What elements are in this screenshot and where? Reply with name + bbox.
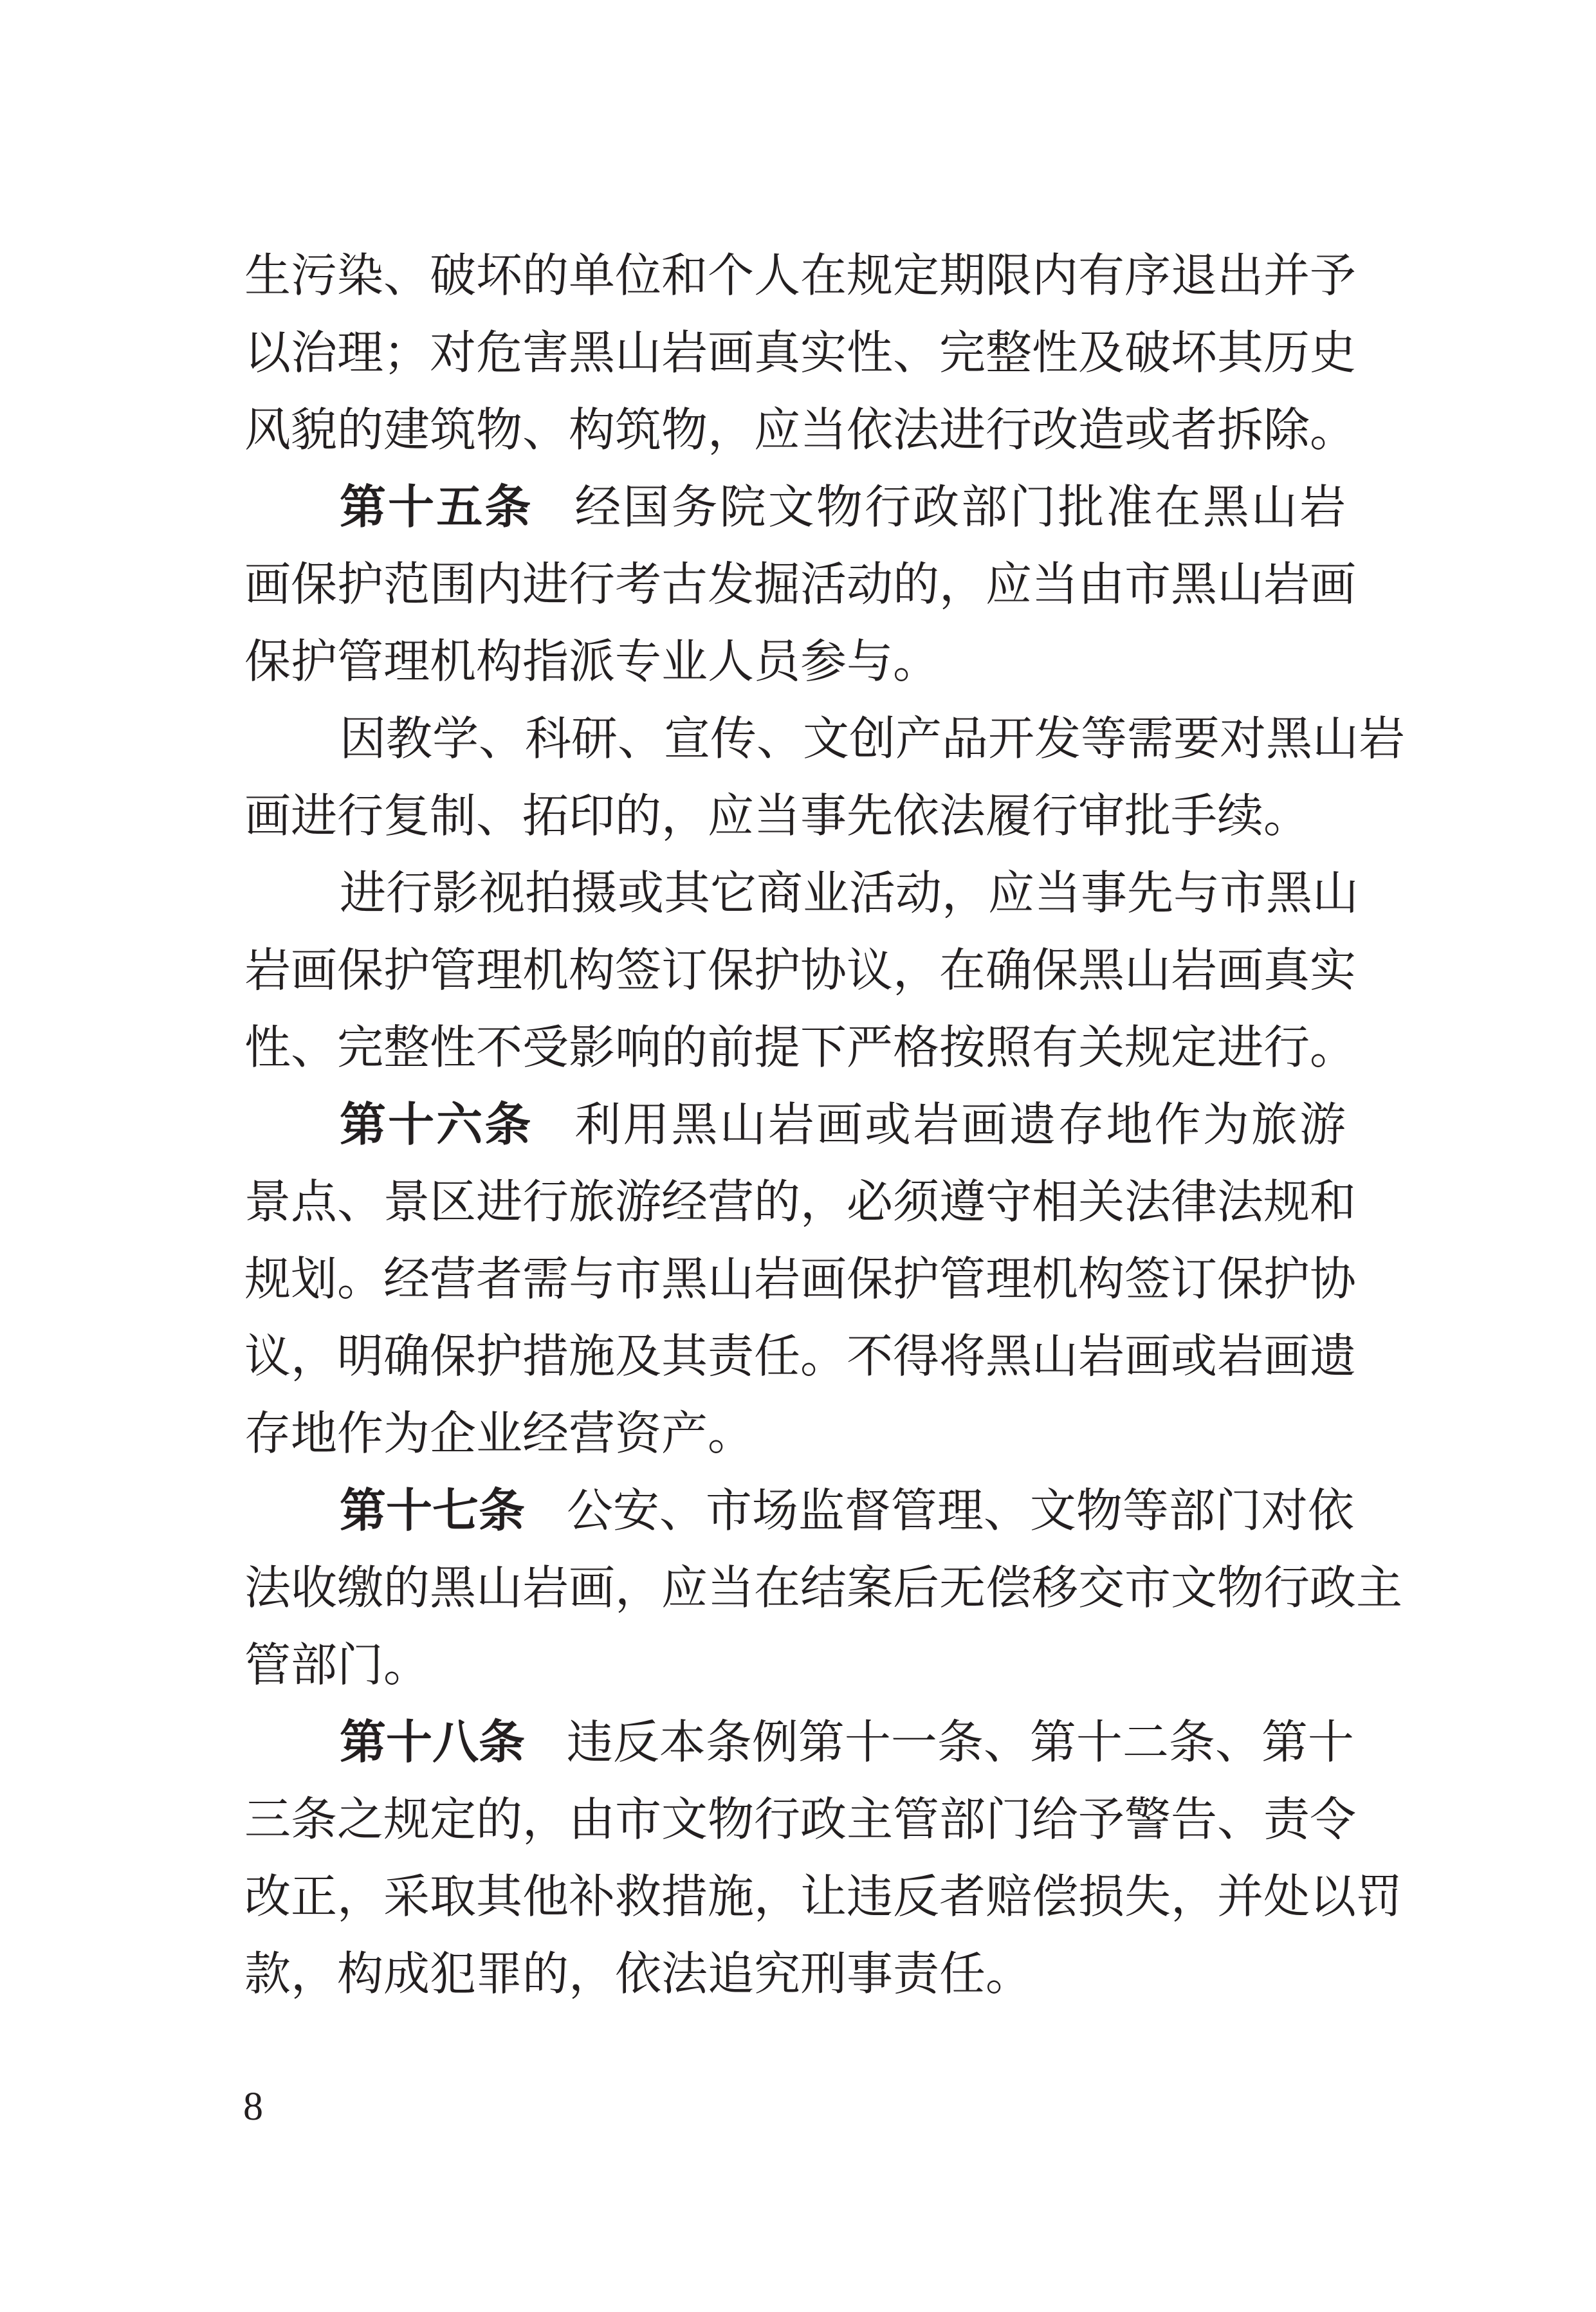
body-text: 生污染、破坏的单位和个人在规定期限内有序退出并予 以治理；对危害黑山岩画真实性、…	[244, 237, 1346, 2012]
page-number: 8	[243, 2084, 263, 2129]
text-line: 画保护范围内进行考古发掘活动的，应当由市黑山岩画	[244, 546, 1346, 623]
text-span: 违反本条例第十一条、第十二条、第十	[567, 1715, 1354, 1769]
text-line: 款，构成犯罪的，依法追究刑事责任。	[244, 1935, 1346, 2012]
text-line: 以治理；对危害黑山岩画真实性、完整性及破坏其历史	[244, 314, 1346, 391]
text-line: 三条之规定的，由市文物行政主管部门给予警告、责令	[244, 1781, 1346, 1858]
article-16-first-line: 第十六条利用黑山岩画或岩画遗存地作为旅游	[244, 1086, 1346, 1163]
text-line: 改正，采取其他补救措施，让违反者赔偿损失，并处以罚	[244, 1858, 1346, 1935]
article-15-first-line: 第十五条经国务院文物行政部门批准在黑山岩	[244, 468, 1346, 546]
text-line: 议，明确保护措施及其责任。不得将黑山岩画或岩画遗	[244, 1317, 1346, 1395]
text-line: 性、完整性不受影响的前提下严格按照有关规定进行。	[244, 1009, 1346, 1086]
article-heading: 第十六条	[340, 1097, 533, 1151]
text-line: 岩画保护管理机构签订保护协议，在确保黑山岩画真实	[244, 931, 1346, 1009]
text-line: 保护管理机构指派专业人员参与。	[244, 623, 1346, 700]
document-page: 生污染、破坏的单位和个人在规定期限内有序退出并予 以治理；对危害黑山岩画真实性、…	[0, 0, 1596, 2312]
text-line: 因教学、科研、宣传、文创产品开发等需要对黑山岩	[244, 700, 1346, 777]
text-line: 规划。经营者需与市黑山岩画保护管理机构签订保护协	[244, 1240, 1346, 1317]
article-heading: 第十八条	[340, 1715, 525, 1769]
text-span: 利用黑山岩画或岩画遗存地作为旅游	[574, 1097, 1346, 1151]
article-18-first-line: 第十八条违反本条例第十一条、第十二条、第十	[244, 1703, 1346, 1781]
text-line: 存地作为企业经营资产。	[244, 1395, 1346, 1472]
article-17-first-line: 第十七条公安、市场监督管理、文物等部门对依	[244, 1472, 1346, 1549]
text-line: 管部门。	[244, 1626, 1346, 1703]
text-line: 法收缴的黑山岩画，应当在结案后无偿移交市文物行政主	[244, 1549, 1346, 1626]
text-span: 经国务院文物行政部门批准在黑山岩	[574, 480, 1346, 534]
text-line: 风貌的建筑物、构筑物，应当依法进行改造或者拆除。	[244, 391, 1346, 468]
text-line: 景点、景区进行旅游经营的，必须遵守相关法律法规和	[244, 1163, 1346, 1240]
article-heading: 第十七条	[340, 1483, 525, 1537]
text-span: 公安、市场监督管理、文物等部门对依	[567, 1483, 1354, 1537]
text-line: 画进行复制、拓印的，应当事先依法履行审批手续。	[244, 777, 1346, 854]
text-line: 生污染、破坏的单位和个人在规定期限内有序退出并予	[244, 237, 1346, 314]
text-line: 进行影视拍摄或其它商业活动，应当事先与市黑山	[244, 854, 1346, 931]
article-heading: 第十五条	[340, 480, 533, 534]
